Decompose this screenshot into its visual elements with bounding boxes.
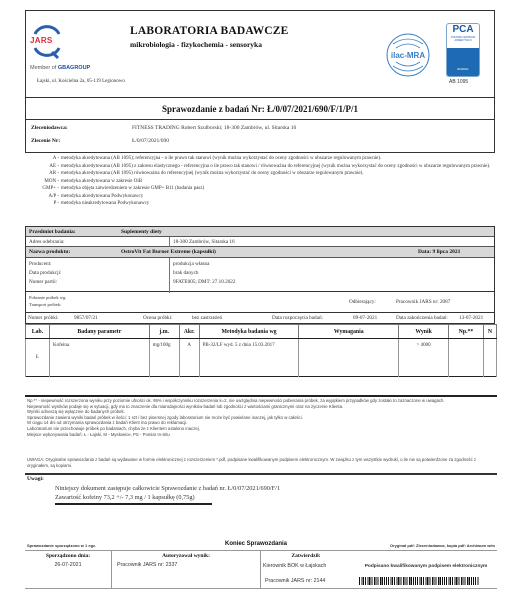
order-label: Zlecenie Nr: [31, 138, 60, 144]
column-header: Badany parametr [49, 325, 149, 339]
lab-address: Łajski, ul. Kościelna 2a, 05-119 Legiono… [37, 79, 125, 84]
cell-akr: A [179, 339, 199, 377]
remark-line: Zawartość kofeiny 73,2 +/- 7,3 mg / 1 ka… [55, 493, 280, 502]
notes-divider [25, 395, 497, 397]
prod-date-value: brak danych [173, 270, 199, 276]
legend-code: P - [25, 200, 61, 208]
legend-item: GMP+ -metodyka objęta zatwierdzeniem w z… [25, 185, 495, 193]
cell-result: > 4000 [399, 339, 449, 377]
authorized-label: Autoryzował wynik: [112, 553, 260, 559]
notes: Np.** - niepewność rozszerzona wyniku pr… [27, 398, 495, 437]
ilac-mra-icon: ilac-MRA [385, 32, 431, 78]
legend-code: AE - [25, 163, 61, 171]
receiver-label: Odbierający: [349, 299, 376, 305]
start-label: Data rozpoczęcia badań: [272, 315, 323, 321]
legend-code: A - [25, 155, 61, 163]
batch-value: 9FATE005; DMT: 27.10.2022 [173, 279, 235, 285]
approved-value1: Kierownik BOK w Łajskach [263, 563, 326, 569]
end-of-report: Koniec Sprawozdania [225, 541, 287, 547]
note-line: Np.** - niepewność rozszerzona wyniku pr… [27, 398, 495, 404]
column-header: Wynik [399, 325, 449, 339]
pca-badge: PCAPOLSKIE CENTRUM AKREDYTACJI BADANIA [446, 23, 480, 77]
legend-item: A -metodyka akredytowana (AB 1095); refe… [25, 155, 495, 163]
legend-desc: metodyka nieakredytowana Podwykonawcy [61, 200, 495, 208]
legend-code: GMP+ - [25, 185, 61, 193]
lab-subtitle: mikrobiologia - fizykochemia - sensoryka [130, 40, 262, 49]
cell-np [449, 339, 484, 377]
pca-badania: BADANIA [458, 68, 469, 71]
subject-row: Przedmiot badania: Suplementy diety [26, 227, 494, 237]
note-line: Miejsce wykonywania badań: Ł - Łajski, M… [27, 432, 495, 438]
subject-value: Suplementy diety [121, 229, 162, 235]
start-value: 09-07-2021 [353, 315, 377, 321]
product-row: Nazwa produktu: OstroVit Fat Burner Extr… [26, 247, 494, 258]
pca-label: PCA [447, 24, 479, 36]
results-table: Lab.Badany parametrj.m.Akr.Metodyka bada… [25, 324, 497, 377]
legend-item: MON -metodyka akredytowana w zakresie Oi… [25, 178, 495, 186]
uwaga-note: UWAGA: Oryginalne sprawozdania z badań s… [27, 457, 495, 468]
cell-unit: mg/100g [149, 339, 179, 377]
prod-date-label: Data produkcji: [29, 270, 61, 276]
remark-line: Niniejszy dokument zastępuje całkowicie … [55, 484, 280, 493]
cell-requirements [299, 339, 399, 377]
footer-top: Sprawozdanie sporządzono w 1 egz. Koniec… [25, 541, 497, 551]
end-label: Data zakończenia badań: [396, 315, 448, 321]
sample-no-value: 9857/07/21 [74, 315, 98, 321]
original-note: Oryginał pdf: Zleceniodawca, kopia pdf: … [390, 543, 495, 548]
client-value: FITNESS TRADING Robert Szulborski; 18-30… [132, 125, 296, 131]
authorized-col: Autoryzował wynik: Pracownik JARS nr: 23… [112, 551, 261, 589]
assessment-label: Ocena próbki: [143, 315, 173, 321]
lab-title: LABORATORIA BADAWCZE [130, 25, 289, 37]
legend-desc: metodyka akredytowana (AB 1095) równoważ… [61, 170, 495, 178]
member-of: Member of GBAGROUP [30, 65, 90, 71]
legend-desc: metodyka objęta zatwierdzeniem w zakresi… [61, 185, 495, 193]
pickup-row: Adres odebrania: 18-300 Zambrów, Sitarsk… [26, 237, 494, 247]
sampling-box: Pobranie próbek wg: Transport próbek: Od… [25, 292, 495, 313]
accreditation-number: AB 1095 [449, 79, 468, 85]
product-date: Data: 9 lipca 2021 [418, 249, 460, 255]
legend-desc: metodyka akredytowana Podwykonawcy [61, 193, 495, 201]
remarks-underline [55, 503, 212, 505]
column-header: Metodyka badania wg [199, 325, 299, 339]
pca-flask-icon: BADANIA [447, 48, 479, 77]
approved-value2: Pracownik JARS nr: 2144 [265, 578, 325, 584]
barcode-icon [359, 577, 479, 585]
producer-value: produkcja własna [173, 261, 209, 267]
pickup-label: Adres odebrania: [29, 239, 65, 245]
sample-box: Przedmiot badania: Suplementy diety Adre… [25, 226, 495, 292]
legend-code: A/P - [25, 193, 61, 201]
pickup-value: 18-300 Zambrów, Sitarska 16 [173, 239, 235, 245]
remarks-divider [25, 473, 497, 475]
svg-text:ilac-MRA: ilac-MRA [391, 51, 425, 60]
batch-label: Numer partii: [29, 279, 57, 285]
cell-parameter: Kofeina [49, 339, 149, 377]
member-of-label: Member of [30, 65, 56, 71]
column-header: Lab. [26, 325, 50, 339]
sampling-label: Pobranie próbek wg: [29, 295, 67, 300]
assessment-value: bez zastrzeżeń [192, 315, 222, 321]
group-name: GBAGROUP [58, 65, 90, 71]
legend-desc: metodyka akredytowana w zakresie OiB [61, 178, 495, 186]
legend-item: AE -metodyka akredytowana (AB 1095) z za… [25, 163, 495, 171]
cell-n [483, 339, 496, 377]
client-label: Zleceniodawca: [31, 125, 68, 131]
column-header: Wymagania [299, 325, 399, 339]
authorized-value: Pracownik JARS nr: 2337 [117, 562, 260, 568]
report-title: Sprawozdanie z badań Nr: Ł/0/07/2021/690… [26, 98, 494, 120]
producer-label: Producent: [29, 261, 51, 267]
column-header: j.m. [149, 325, 179, 339]
receiver-value: Pracownik JARS nr: 2087 [396, 299, 450, 305]
column-header: N [483, 325, 496, 339]
prepared-value: 26-07-2021 [25, 562, 111, 568]
legend-code: MON - [25, 178, 61, 186]
transport-label: Transport próbek: [29, 302, 61, 307]
product-value: OstroVit Fat Burner Extreme (kapsułki) [121, 249, 216, 255]
legend-item: A/P -metodyka akredytowana Podwykonawcy [25, 193, 495, 201]
legend-code: AR - [25, 170, 61, 178]
method-legend: A -metodyka akredytowana (AB 1095); refe… [25, 155, 495, 208]
copies-note: Sprawozdanie sporządzono w 1 egz. [27, 543, 96, 548]
subject-label: Przedmiot badania: [29, 229, 76, 235]
legend-item: P -metodyka nieakredytowana Podwykonawcy [25, 200, 495, 208]
prepared-col: Sporządzono dnia: 26-07-2021 [25, 551, 112, 589]
pca-sub: POLSKIE CENTRUM AKREDYTACJI [447, 36, 479, 42]
cell-lab: Ł [26, 339, 50, 377]
report-box: Sprawozdanie z badań Nr: Ł/0/07/2021/690… [25, 98, 495, 153]
cell-method: PB-32/LF wyd. 5 z dnia 15.03.2017 [199, 339, 299, 377]
approved-label: Zatwierdził: [261, 553, 351, 559]
prepared-label: Sporządzono dnia: [25, 553, 111, 559]
sample-no-label: Numer próbki: [28, 315, 59, 321]
order-value: Ł/0/07/2021/690 [132, 138, 169, 144]
sample-number-box: Numer próbki: 9857/07/21 Ocena próbki: b… [25, 313, 495, 324]
signed-note: Podpisano kwalifikowanym podpisem elektr… [361, 564, 491, 570]
remarks-label: Uwagi: [27, 476, 44, 482]
legend-desc: metodyka akredytowana (AB 1095); referen… [61, 155, 495, 163]
legend-desc: metodyka akredytowana (AB 1095) z zakres… [61, 163, 495, 171]
product-label: Nazwa produktu: [29, 249, 70, 255]
column-header: Np.** [449, 325, 484, 339]
table-row: ŁKofeinamg/100gAPB-32/LF wyd. 5 z dnia 1… [26, 339, 497, 377]
legend-item: AR -metodyka akredytowana (AB 1095) równ… [25, 170, 495, 178]
end-value: 13-07-2021 [459, 315, 483, 321]
logo-text: JARS [30, 36, 53, 45]
column-header: Akr. [179, 325, 199, 339]
remarks-text: Niniejszy dokument zastępuje całkowicie … [55, 484, 280, 502]
